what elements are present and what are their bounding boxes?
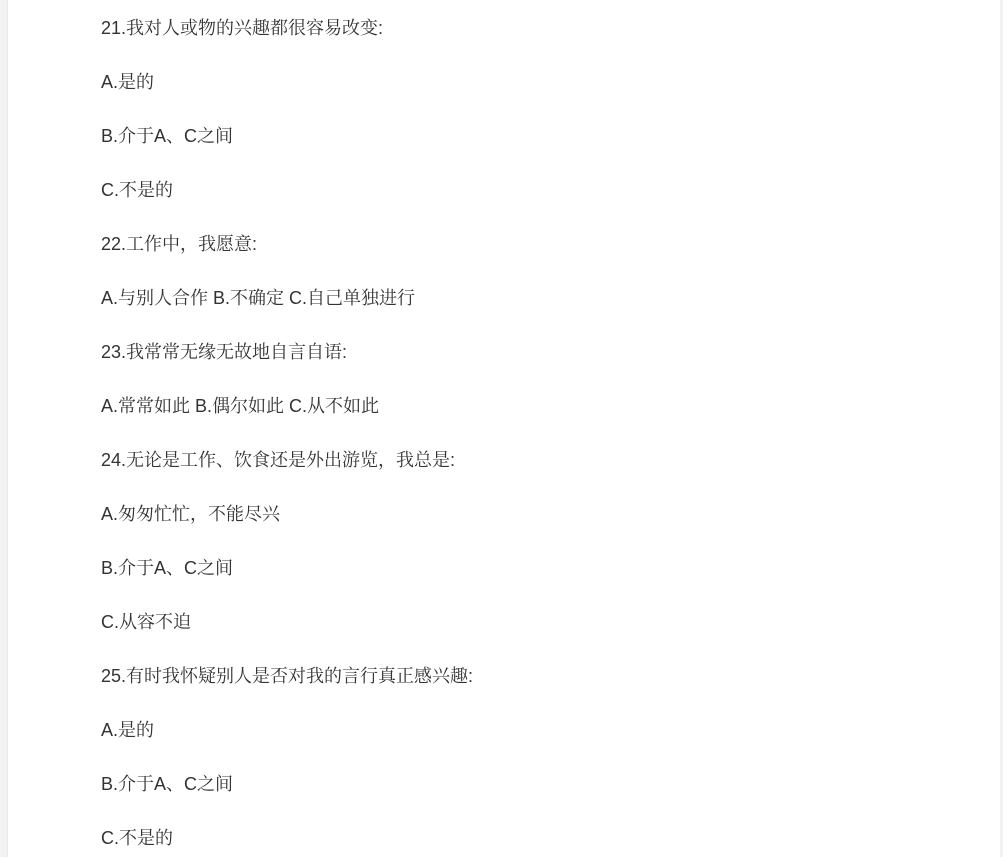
question-22: 22.工作中，我愿意: A.与别人合作 B.不确定 C.自己单独进行 (101, 231, 963, 311)
document-page: 21.我对人或物的兴趣都很容易改变: A.是的 B.介于A、C之间 C.不是的 … (0, 0, 1003, 857)
left-page-edge (0, 0, 8, 857)
question-24-option-a: A.匆匆忙忙，不能尽兴 (101, 501, 963, 527)
question-24-option-c: C.从容不迫 (101, 609, 963, 635)
question-23-options: A.常常如此 B.偶尔如此 C.从不如此 (101, 393, 963, 419)
question-25-option-c: C.不是的 (101, 825, 963, 851)
question-21-option-b: B.介于A、C之间 (101, 123, 963, 149)
question-24-text: 24.无论是工作、饮食还是外出游览，我总是: (101, 447, 963, 473)
question-24-option-b: B.介于A、C之间 (101, 555, 963, 581)
question-22-text: 22.工作中，我愿意: (101, 231, 963, 257)
question-21-text: 21.我对人或物的兴趣都很容易改变: (101, 15, 963, 41)
question-23-text: 23.我常常无缘无故地自言自语: (101, 339, 963, 365)
question-21-option-c: C.不是的 (101, 177, 963, 203)
question-24: 24.无论是工作、饮食还是外出游览，我总是: A.匆匆忙忙，不能尽兴 B.介于A… (101, 447, 963, 635)
questionnaire-body: 21.我对人或物的兴趣都很容易改变: A.是的 B.介于A、C之间 C.不是的 … (0, 0, 1003, 851)
question-22-options: A.与别人合作 B.不确定 C.自己单独进行 (101, 285, 963, 311)
question-25-text: 25.有时我怀疑别人是否对我的言行真正感兴趣: (101, 663, 963, 689)
question-21: 21.我对人或物的兴趣都很容易改变: A.是的 B.介于A、C之间 C.不是的 (101, 15, 963, 203)
question-21-option-a: A.是的 (101, 69, 963, 95)
question-25: 25.有时我怀疑别人是否对我的言行真正感兴趣: A.是的 B.介于A、C之间 C… (101, 663, 963, 851)
question-23: 23.我常常无缘无故地自言自语: A.常常如此 B.偶尔如此 C.从不如此 (101, 339, 963, 419)
question-25-option-a: A.是的 (101, 717, 963, 743)
question-25-option-b: B.介于A、C之间 (101, 771, 963, 797)
